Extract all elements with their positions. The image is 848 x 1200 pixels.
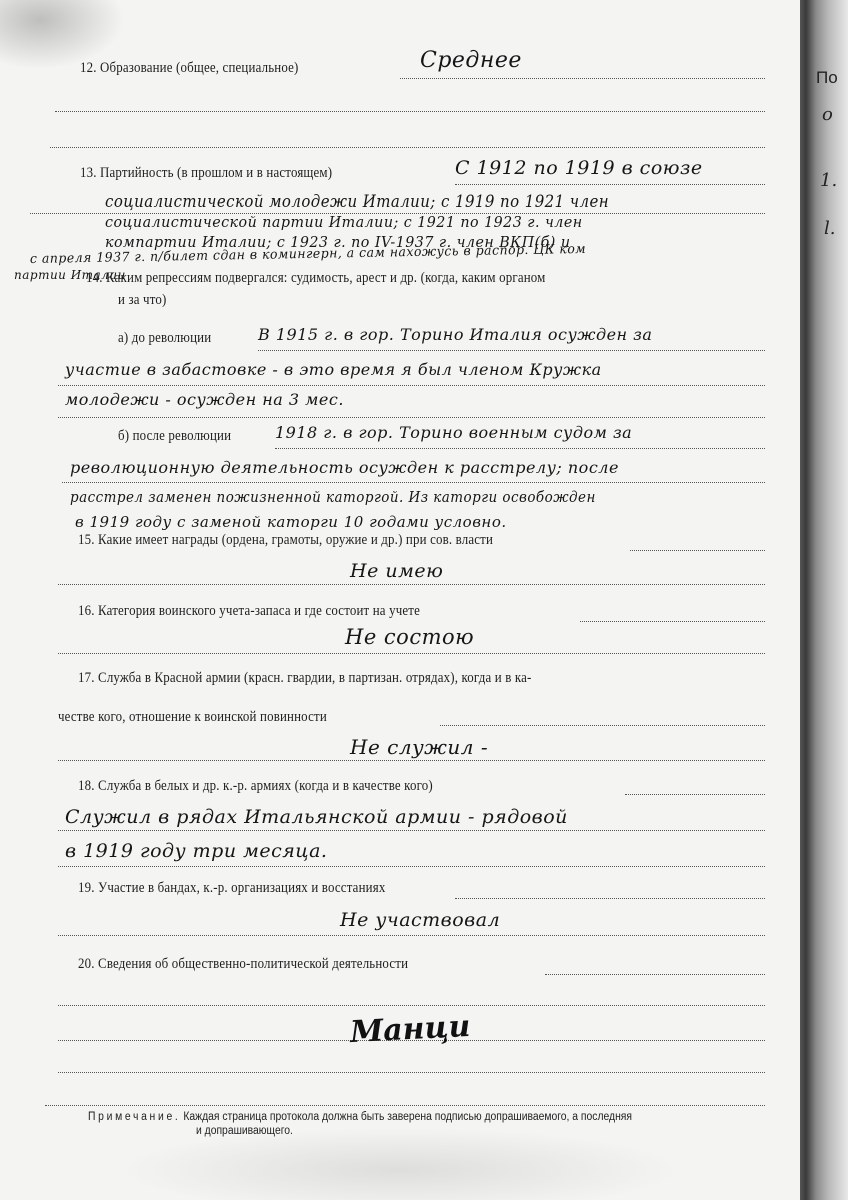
field-12-label: 12. Образование (общее, специальное): [80, 60, 298, 77]
answer-line: [58, 760, 765, 761]
field-17-label: 17. Служба в Красной армии (красн. гвард…: [78, 670, 532, 687]
adjacent-page-mark: о: [822, 104, 833, 125]
field-14a-answer-line-3: молодежи - осужден на 3 мес.: [65, 390, 344, 409]
answer-line: [58, 1072, 765, 1073]
field-13-answer-line-3: социалистической партии Италии; с 1921 п…: [105, 213, 583, 231]
answer-line: [400, 78, 765, 79]
field-12-answer: Среднее: [420, 48, 522, 73]
field-14b-label: б) после революции: [118, 428, 231, 445]
answer-line: [58, 653, 765, 654]
field-17-label-cont: честве кого, отношение к воинской повинн…: [58, 709, 327, 726]
field-13-label: 13. Партийность (в прошлом и в настоящем…: [80, 165, 332, 182]
answer-line: [58, 830, 765, 831]
field-16-answer: Не состою: [345, 625, 474, 649]
answer-line: [58, 866, 765, 867]
answer-line: [58, 935, 765, 936]
answer-line: [440, 725, 765, 726]
field-18-label: 18. Служба в белых и др. к.-р. армиях (к…: [78, 778, 433, 795]
field-15-answer: Не имею: [350, 560, 443, 582]
answer-line: [455, 184, 765, 185]
field-13-answer-line-2: социалистической молодежи Италии; с 1919…: [105, 192, 609, 212]
footnote: Примечание. Каждая страница протокола до…: [88, 1110, 700, 1138]
field-19-answer: Не участвовал: [340, 909, 500, 931]
field-14b-answer-line-3: расстрел заменен пожизненной каторгой. И…: [70, 490, 596, 506]
field-13-answer-line-1: С 1912 по 1919 в союзе: [455, 157, 703, 179]
field-16-label: 16. Категория воинского учета-запаса и г…: [78, 603, 420, 620]
answer-line: [62, 482, 765, 483]
field-18-answer-line-2: в 1919 году три месяца.: [65, 840, 327, 862]
field-15-label: 15. Какие имеет награды (ордена, грамоты…: [78, 532, 493, 549]
answer-line: [625, 794, 765, 795]
field-14b-answer-line-4: в 1919 году с заменой каторги 10 годами …: [75, 513, 507, 531]
answer-line: [58, 417, 765, 418]
field-14a-label: а) до революции: [118, 330, 211, 347]
field-14b-answer-line-1: 1918 г. в гор. Торино военным судом за: [275, 423, 632, 442]
field-14-label-cont: и за что): [118, 292, 166, 309]
signature: Манци: [349, 1009, 471, 1050]
footnote-text-cont: и допрашивающего.: [88, 1125, 293, 1137]
field-14a-answer-line-2: участие в забастовке - в это время я был…: [65, 360, 602, 379]
footnote-title: Примечание.: [88, 1111, 180, 1123]
field-14a-answer-line-1: В 1915 г. в гор. Торино Италия осужден з…: [258, 325, 652, 344]
answer-line: [545, 974, 765, 975]
field-17-answer: Не служил -: [350, 735, 488, 759]
field-18-answer-line-1: Служил в рядах Итальянской армии - рядов…: [65, 806, 568, 828]
field-14-label: 14. Каким репрессиям подвергался: судимо…: [86, 270, 546, 287]
adjacent-page-mark: 1.: [820, 170, 837, 191]
field-20-label: 20. Сведения об общественно-политической…: [78, 956, 408, 973]
answer-line: [630, 550, 765, 551]
answer-line: [58, 1005, 765, 1006]
answer-line: [58, 584, 765, 585]
answer-line: [258, 350, 765, 351]
answer-line: [455, 898, 765, 899]
answer-line: [50, 147, 765, 148]
answer-line: [58, 385, 765, 386]
field-19-label: 19. Участие в бандах, к.-р. организациях…: [78, 880, 385, 897]
document-page: 12. Образование (общее, специальное) Сре…: [0, 0, 800, 1200]
adjacent-page-text: По: [816, 68, 838, 88]
footnote-text: Каждая страница протокола должна быть за…: [183, 1111, 632, 1123]
answer-line: [45, 1105, 765, 1106]
adjacent-page-mark: l.: [824, 218, 835, 239]
answer-line: [275, 448, 765, 449]
answer-line: [55, 111, 765, 112]
answer-line: [580, 621, 765, 622]
field-14b-answer-line-2: революционную деятельность осужден к рас…: [70, 458, 619, 477]
